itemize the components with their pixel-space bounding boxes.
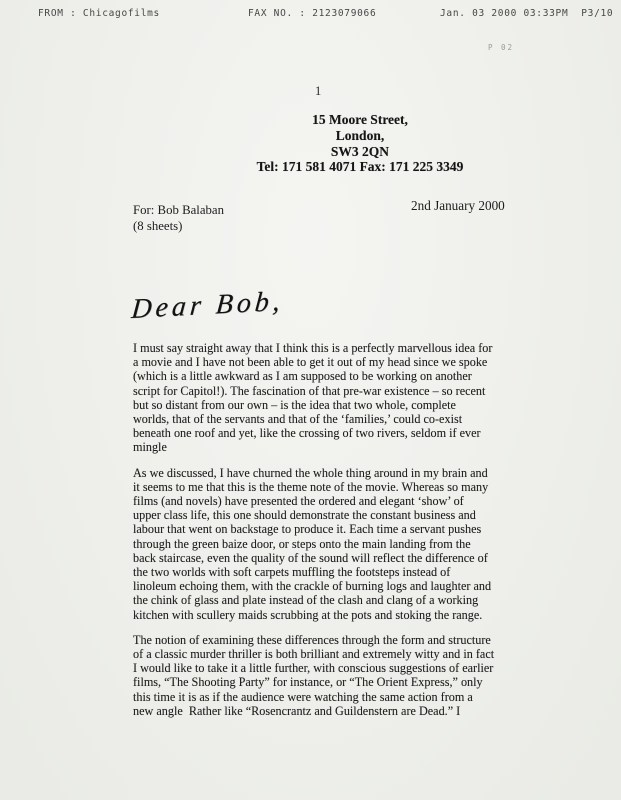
sheet-count: (8 sheets) — [133, 219, 182, 234]
fax-header-datetime-page: Jan. 03 2000 03:33PM P3/10 — [440, 8, 613, 19]
page-number: 1 — [315, 84, 321, 99]
faint-page-stamp: P 02 — [488, 43, 514, 52]
recipient-line: For: Bob Balaban — [133, 203, 224, 218]
letter-paragraph-3: The notion of examining these difference… — [133, 633, 603, 718]
letter-paragraph-2: As we discussed, I have churned the whol… — [133, 466, 603, 622]
fax-header-from: FROM : Chicagofilms — [38, 8, 160, 19]
letter-date: 2nd January 2000 — [411, 198, 505, 214]
letter-paragraph-1: I must say straight away that I think th… — [133, 341, 603, 455]
handwritten-salutation: Dear Bob, — [130, 286, 285, 326]
letter-body: I must say straight away that I think th… — [133, 341, 603, 729]
fax-header-fax-number: FAX NO. : 2123079066 — [248, 8, 376, 19]
letterhead-address: 15 Moore Street, London, SW3 2QN Tel: 17… — [160, 112, 560, 175]
fax-page: FROM : Chicagofilms FAX NO. : 2123079066… — [0, 0, 621, 800]
